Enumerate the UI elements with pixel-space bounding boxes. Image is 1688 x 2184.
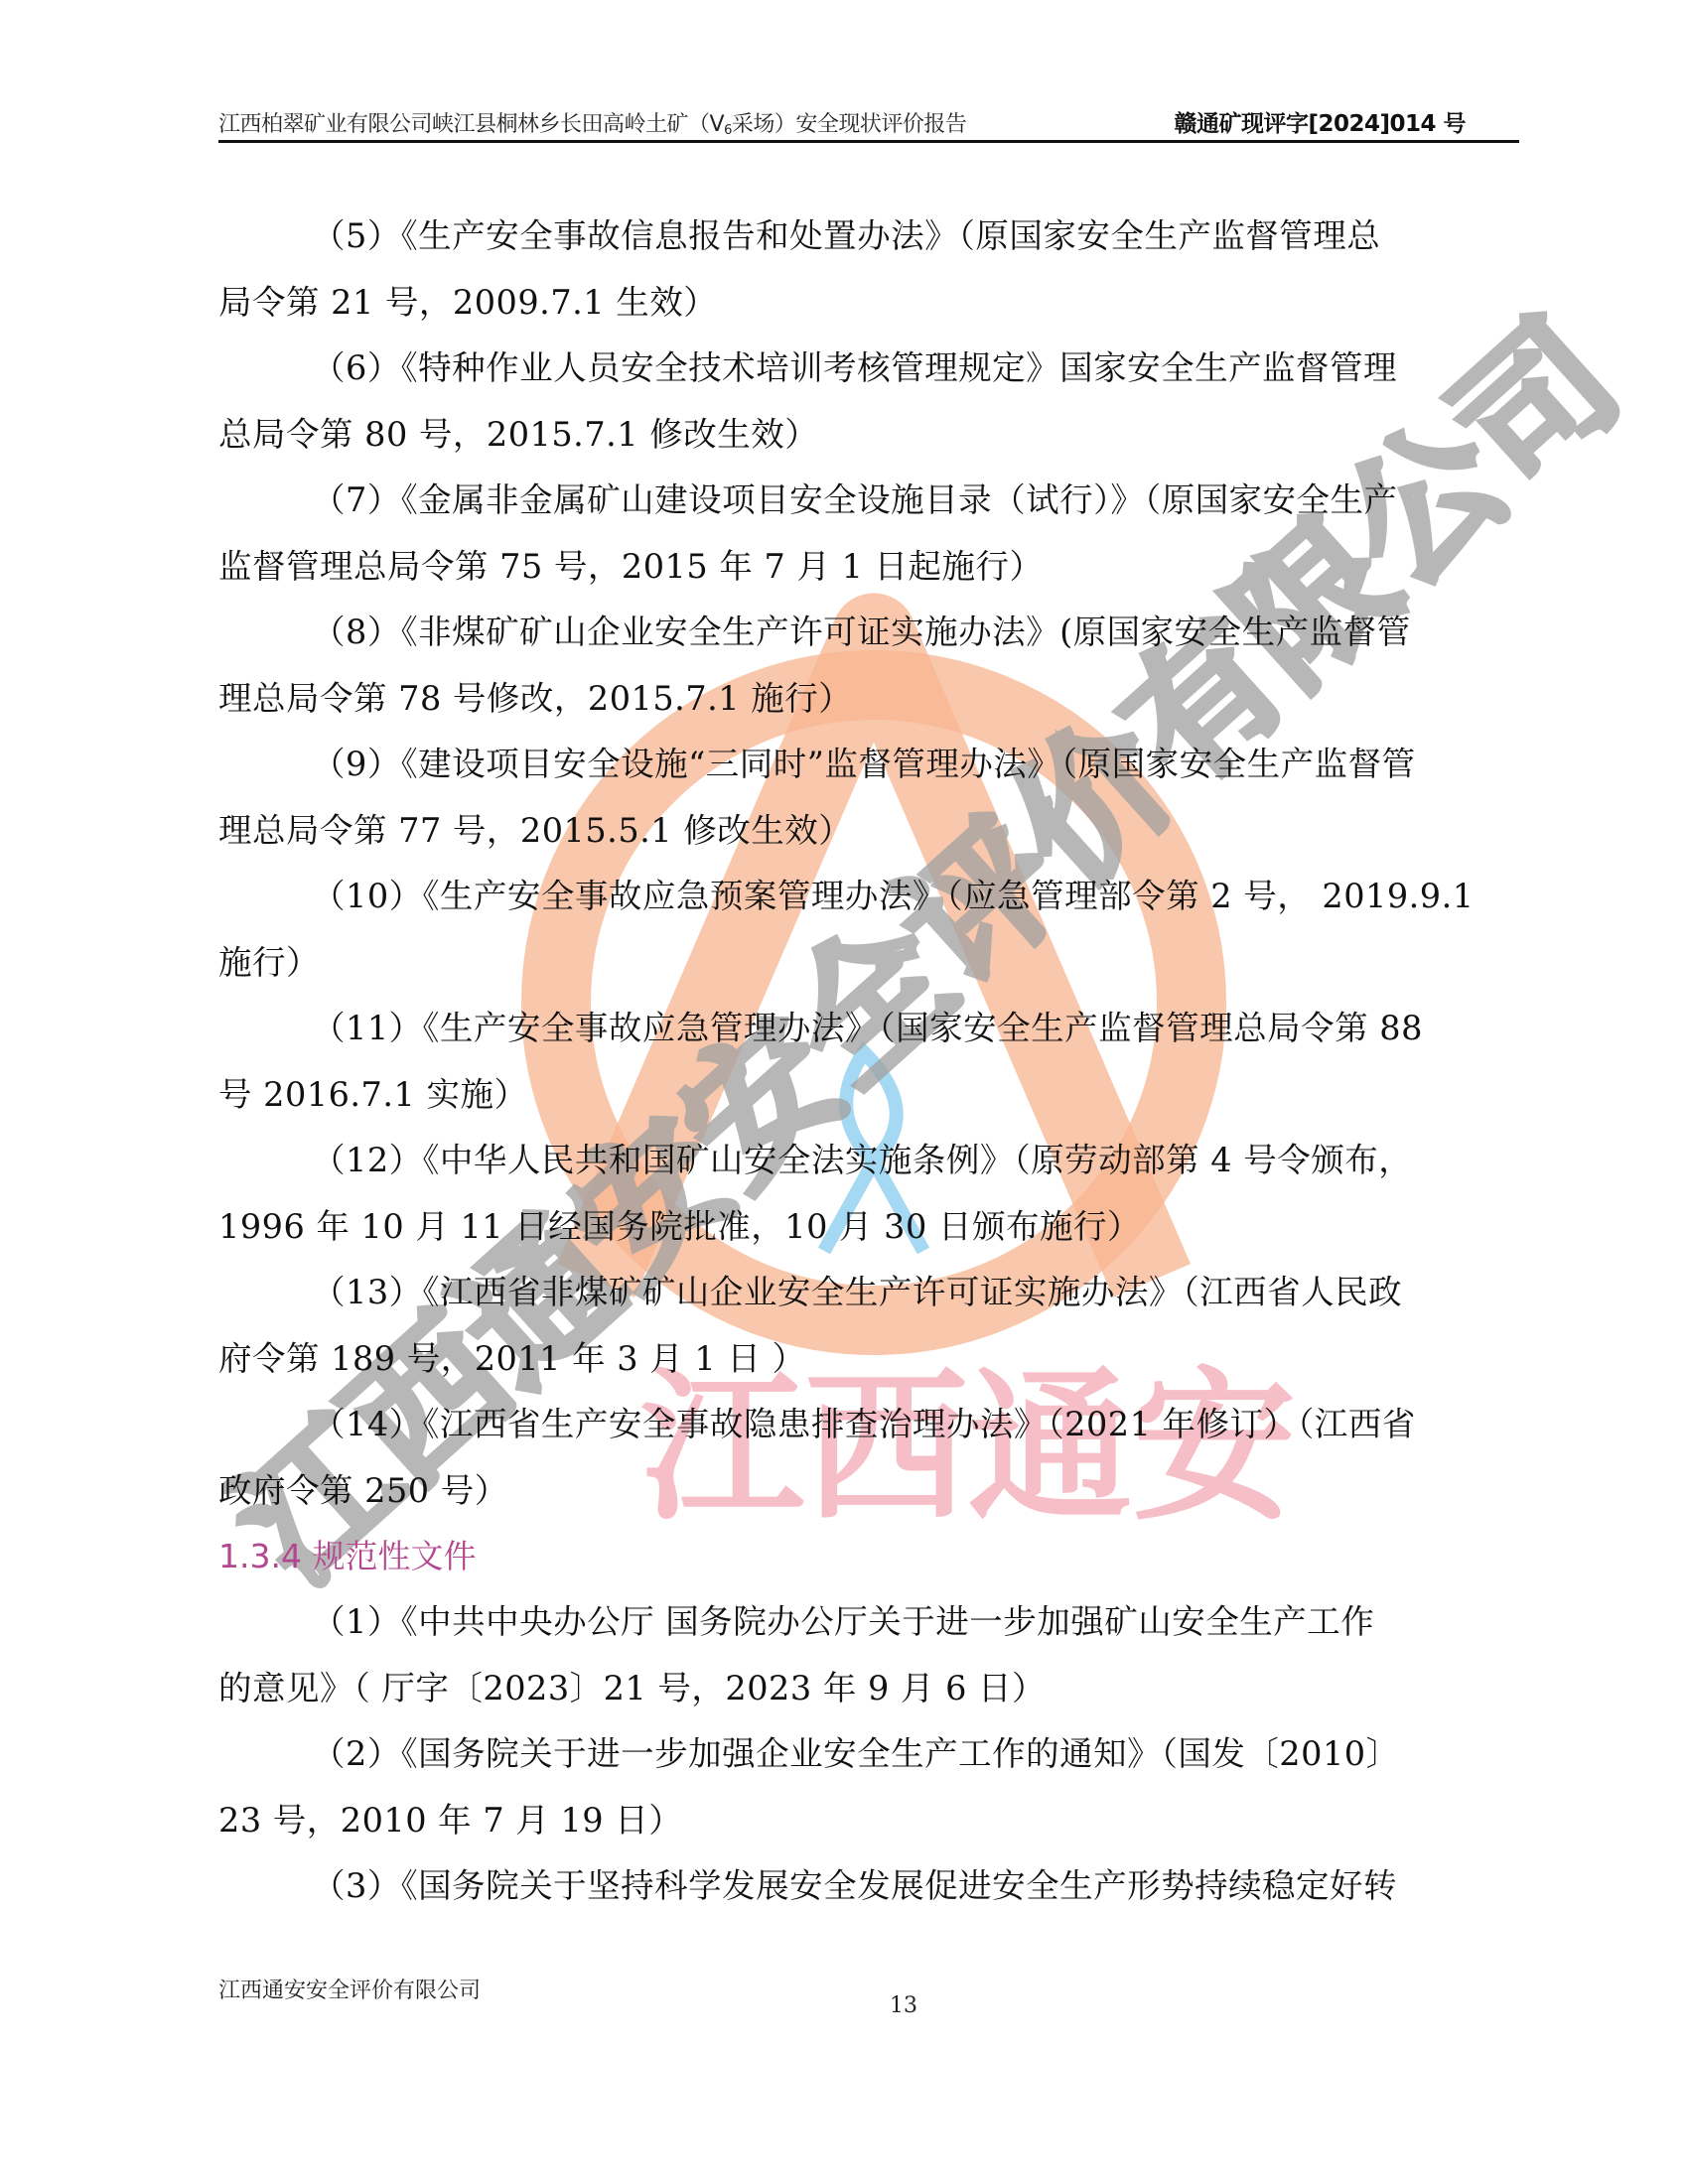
normative-doc-item-2: （2）《国务院关于进一步加强企业安全生产工作的通知》（国发〔2010〕23 号，…	[218, 1721, 1519, 1853]
regulation-item-6: （6）《特种作业人员安全技术培训考核管理规定》国家安全生产监督管理总局令第 80…	[218, 336, 1519, 468]
report-title: 江西柏翠矿业有限公司峡江县桐林乡长田高岭土矿（V6采场）安全现状评价报告	[218, 107, 966, 138]
regulation-item-11: （11）《生产安全事故应急管理办法》（国家安全生产监督管理总局令第 88号 20…	[218, 996, 1519, 1128]
report-title-prefix: 江西柏翠矿业有限公司峡江县桐林乡长田高岭土矿（V	[218, 112, 724, 137]
section-heading: 1.3.4 规范性文件	[218, 1524, 1519, 1589]
header-divider	[218, 140, 1519, 143]
page-number: 13	[884, 1993, 923, 2018]
page-header: 江西柏翠矿业有限公司峡江县桐林乡长田高岭土矿（V6采场）安全现状评价报告 赣通矿…	[218, 103, 1517, 143]
regulation-item-12: （12）《中华人民共和国矿山安全法实施条例》（原劳动部第 4 号令颁布，1996…	[218, 1128, 1519, 1260]
document-number: 赣通矿现评字[2024]014 号	[1174, 105, 1466, 138]
regulation-item-5: （5）《生产安全事故信息报告和处置办法》（原国家安全生产监督管理总局令第 21 …	[218, 204, 1519, 336]
report-title-suffix: 采场）安全现状评价报告	[732, 112, 967, 137]
normative-doc-item-1: （1）《中共中央办公厅 国务院办公厅关于进一步加强矿山安全生产工作的意见》（ 厅…	[218, 1589, 1519, 1721]
regulation-item-10: （10）《生产安全事故应急预案管理办法》（应急管理部令第 2 号， 2019.9…	[218, 864, 1519, 996]
report-title-subscript: 6	[724, 123, 732, 138]
regulation-item-8: （8）《非煤矿矿山企业安全生产许可证实施办法》(原国家安全生产监督管理总局令第 …	[218, 600, 1519, 732]
document-body: （5）《生产安全事故信息报告和处置办法》（原国家安全生产监督管理总局令第 21 …	[218, 204, 1519, 1920]
regulation-item-14: （14）《江西省生产安全事故隐患排查治理办法》（2021 年修订）（江西省政府令…	[218, 1392, 1519, 1524]
footer-company-name: 江西通安安全评价有限公司	[218, 1974, 481, 2004]
regulation-item-7: （7）《金属非金属矿山建设项目安全设施目录（试行）》（原国家安全生产监督管理总局…	[218, 468, 1519, 600]
regulation-item-9: （9）《建设项目安全设施“三同时”监督管理办法》（原国家安全生产监督管理总局令第…	[218, 732, 1519, 864]
normative-doc-item-3: （3）《国务院关于坚持科学发展安全发展促进安全生产形势持续稳定好转	[218, 1853, 1519, 1920]
regulation-item-13: （13）《江西省非煤矿矿山企业安全生产许可证实施办法》（江西省人民政府令第 18…	[218, 1260, 1519, 1392]
